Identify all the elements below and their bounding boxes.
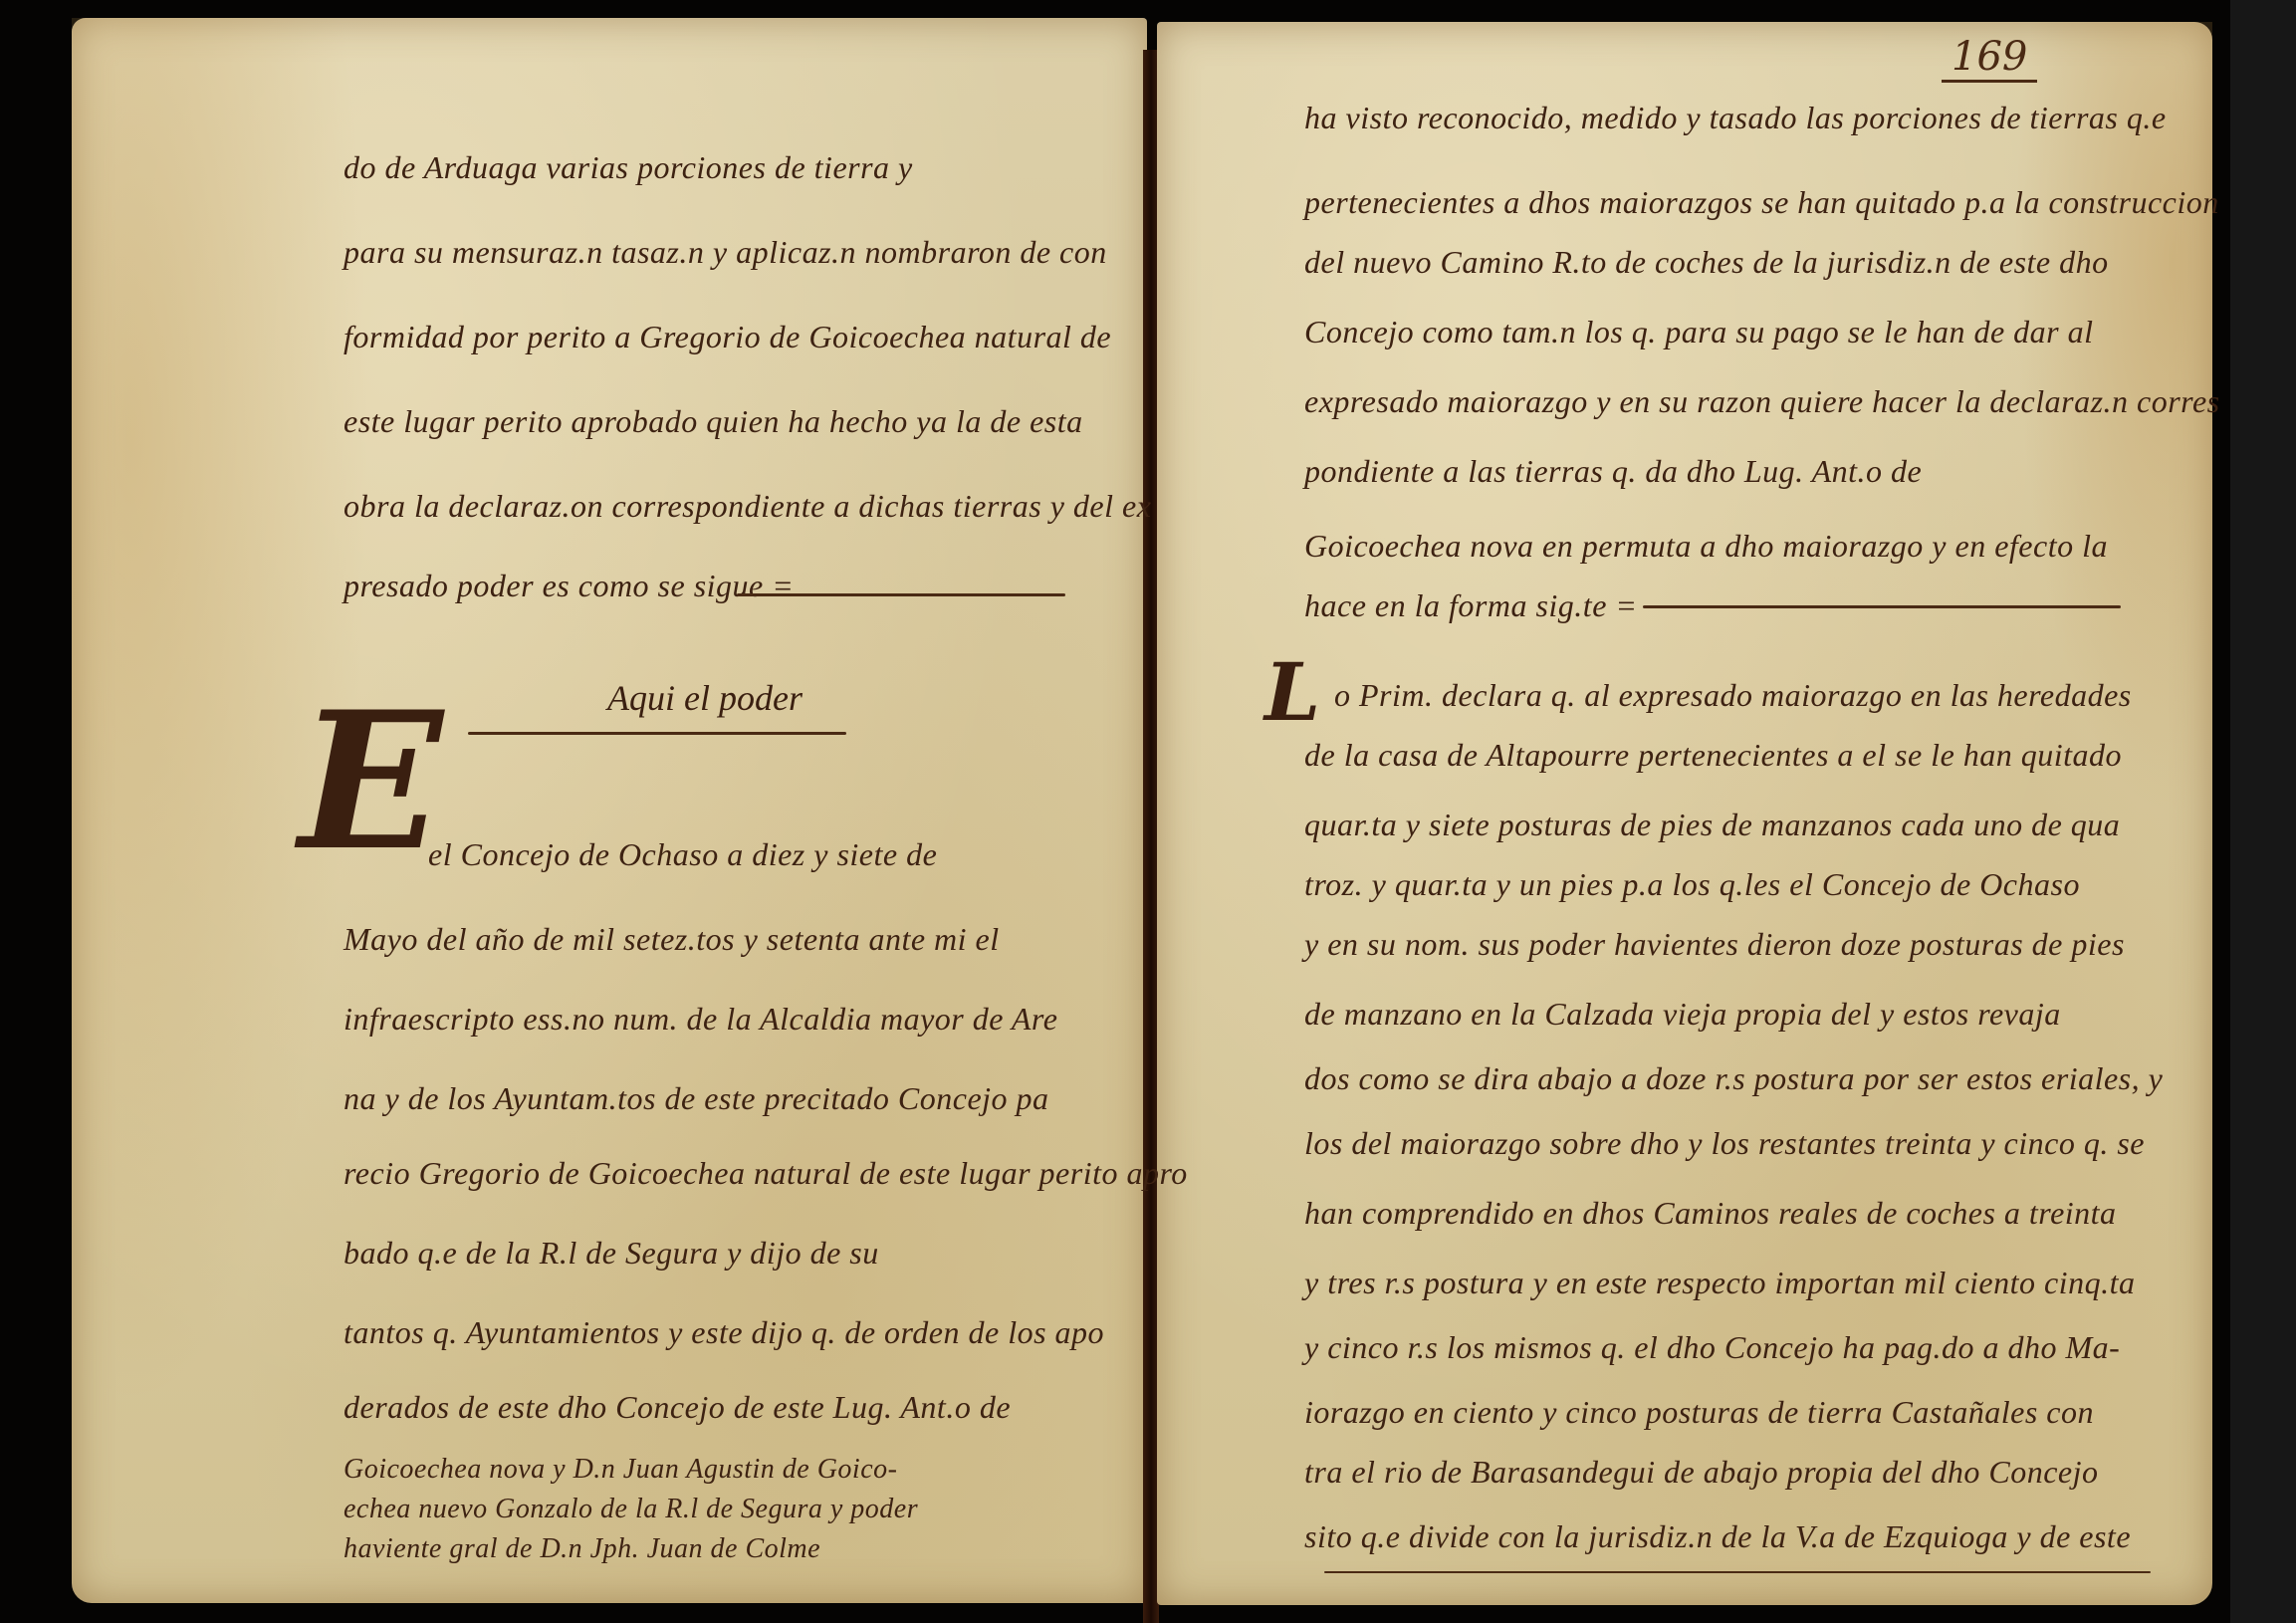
heading-underline [468, 732, 846, 735]
right-body-line-1: o Prim. declara q. al expresado maiorazg… [1334, 677, 2132, 714]
left-line-2: para su mensuraz.n tasaz.n y aplicaz.n n… [344, 234, 1107, 271]
right-body-line-8: los del maiorazgo sobre dho y los restan… [1304, 1125, 2145, 1162]
left-body-line-5: recio Gregorio de Goicoechea natural de … [344, 1155, 1188, 1192]
scanner-side-strip [2230, 0, 2296, 1623]
right-body-line-4: troz. y quar.ta y un pies p.a los q.les … [1304, 866, 2080, 903]
left-line-5: obra la declaraz.on correspondiente a di… [344, 488, 1151, 525]
right-body-line-2: de la casa de Altapourre pertenecientes … [1304, 737, 2122, 774]
left-body-line-1: el Concejo de Ochaso a diez y siete de [428, 836, 937, 873]
paragraph-initial-capital: L [1264, 652, 1320, 732]
right-line-2: pertenecientes a dhos maiorazgos se han … [1304, 184, 2219, 221]
right-body-line-13: tra el rio de Barasandegui de abajo prop… [1304, 1454, 2099, 1491]
closing-rule [1324, 1571, 2151, 1573]
left-body-line-4: na y de los Ayuntam.tos de este precitad… [344, 1080, 1049, 1117]
right-line-7: Goicoechea nova en permuta a dho maioraz… [1304, 528, 2108, 565]
section-heading-aqui-el-poder: Aqui el poder [607, 677, 803, 719]
left-line-6: presado poder es como se sigue = [344, 568, 794, 604]
left-body-line-9: Goicoechea nova y D.n Juan Agustin de Go… [344, 1454, 897, 1486]
line-filler-rule [1643, 605, 2121, 608]
decorated-initial-capital: E [299, 687, 443, 876]
right-body-line-5: y en su nom. sus poder havientes dieron … [1304, 926, 2125, 963]
right-line-6: pondiente a las tierras q. da dho Lug. A… [1304, 453, 1922, 490]
right-body-line-11: y cinco r.s los mismos q. el dho Concejo… [1304, 1329, 2120, 1366]
right-body-line-9: han comprendido en dhos Caminos reales d… [1304, 1195, 2117, 1232]
right-line-5: expresado maiorazgo y en su razon quiere… [1304, 383, 2220, 420]
right-body-line-14: sito q.e divide con la jurisdiz.n de la … [1304, 1518, 2131, 1555]
left-body-line-2: Mayo del año de mil setez.tos y setenta … [344, 921, 1000, 958]
left-line-1: do de Arduaga varias porciones de tierra… [344, 149, 913, 186]
right-body-line-7: dos como se dira abajo a doze r.s postur… [1304, 1060, 2163, 1097]
left-body-line-3: infraescripto ess.no num. de la Alcaldia… [344, 1001, 1057, 1038]
right-body-line-6: de manzano en la Calzada vieja propia de… [1304, 996, 2061, 1033]
right-line-8: hace en la forma sig.te = [1304, 587, 1637, 624]
left-line-4: este lugar perito aprobado quien ha hech… [344, 403, 1083, 440]
left-body-line-10: echea nuevo Gonzalo de la R.l de Segura … [344, 1494, 918, 1525]
right-body-line-12: iorazgo en ciento y cinco posturas de ti… [1304, 1394, 2094, 1431]
folio-number: 169 [1942, 34, 2037, 83]
right-line-1: ha visto reconocido, medido y tasado las… [1304, 100, 2167, 136]
right-line-4: Concejo como tam.n los q. para su pago s… [1304, 314, 2094, 350]
right-body-line-10: y tres r.s postura y en este respecto im… [1304, 1265, 2135, 1301]
left-body-line-11: haviente gral de D.n Jph. Juan de Colme [344, 1533, 820, 1565]
line-filler-rule [737, 593, 1065, 596]
left-body-line-8: derados de este dho Concejo de este Lug.… [344, 1389, 1011, 1426]
left-body-line-6: bado q.e de la R.l de Segura y dijo de s… [344, 1235, 879, 1272]
right-line-3: del nuevo Camino R.to de coches de la ju… [1304, 244, 2109, 281]
left-body-line-7: tantos q. Ayuntamientos y este dijo q. d… [344, 1314, 1104, 1351]
right-body-line-3: quar.ta y siete posturas de pies de manz… [1304, 807, 2120, 843]
left-line-3: formidad por perito a Gregorio de Goicoe… [344, 319, 1111, 355]
